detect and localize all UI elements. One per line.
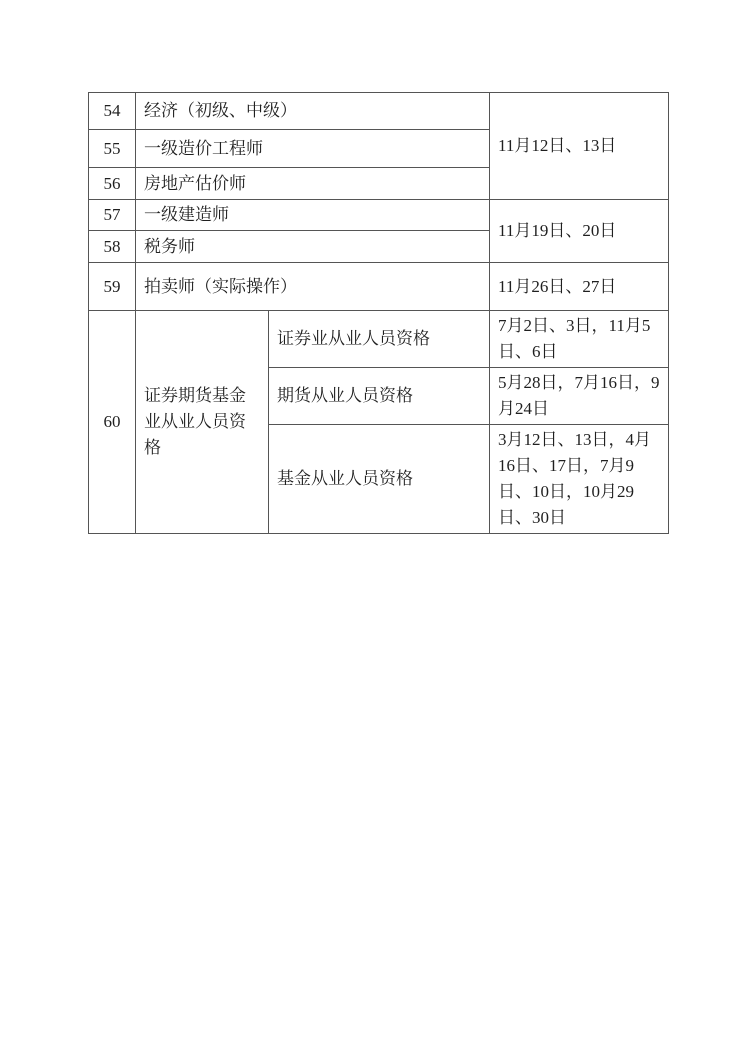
row-number: 60 [89,311,136,534]
exam-dates: 5月28日，7月16日，9月24日 [490,368,669,425]
sub-exam-name: 期货从业人员资格 [269,368,490,425]
row-number: 55 [89,130,136,168]
exam-name: 证券期货基金业从业人员资格 [136,311,269,534]
exam-dates: 3月12日、13日，4月16日、17日，7月9日、10日，10月29日、30日 [490,425,669,534]
exam-dates: 11月19日、20日 [490,200,669,263]
exam-name: 一级造价工程师 [136,130,490,168]
exam-name: 税务师 [136,231,490,263]
sub-exam-name: 证券业从业人员资格 [269,311,490,368]
exam-name: 房地产估价师 [136,168,490,200]
exam-name: 一级建造师 [136,200,490,231]
sub-exam-name: 基金从业人员资格 [269,425,490,534]
document-page: 54 经济（初级、中级） 11月12日、13日 55 一级造价工程师 56 房地… [0,0,750,1061]
row-number: 59 [89,263,136,311]
table-row: 59 拍卖师（实际操作） 11月26日、27日 [89,263,669,311]
row-number: 57 [89,200,136,231]
table-row: 60 证券期货基金业从业人员资格 证券业从业人员资格 7月2日、3日，11月5日… [89,311,669,368]
exam-name: 经济（初级、中级） [136,93,490,130]
row-number: 54 [89,93,136,130]
exam-dates: 11月12日、13日 [490,93,669,200]
exam-name: 拍卖师（实际操作） [136,263,490,311]
exam-dates: 7月2日、3日，11月5日、6日 [490,311,669,368]
exam-schedule-table: 54 经济（初级、中级） 11月12日、13日 55 一级造价工程师 56 房地… [88,92,669,534]
row-number: 58 [89,231,136,263]
row-number: 56 [89,168,136,200]
exam-dates: 11月26日、27日 [490,263,669,311]
table-row: 57 一级建造师 11月19日、20日 [89,200,669,231]
table-row: 54 经济（初级、中级） 11月12日、13日 [89,93,669,130]
